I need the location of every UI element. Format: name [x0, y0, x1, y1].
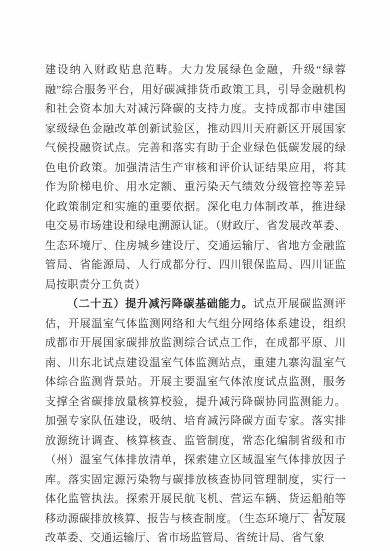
- paragraph-text: 建设纳入财政贴息范畴。大力发展绿色金融，升级“绿蓉融”综合服务平台，用好碳减排货…: [45, 64, 346, 291]
- document-page: 建设纳入财政贴息范畴。大力发展绿色金融，升级“绿蓉融”综合服务平台，用好碳减排货…: [0, 0, 390, 551]
- body-text: 建设纳入财政贴息范畴。大力发展绿色金融，升级“绿蓉融”综合服务平台，用好碳减排货…: [45, 61, 346, 549]
- section-heading: （二十五）提升减污降碳基础能力。: [67, 298, 253, 310]
- paragraph: 建设纳入财政贴息范畴。大力发展绿色金融，升级“绿蓉融”综合服务平台，用好碳减排货…: [45, 61, 346, 295]
- page-number: — 15 —: [298, 508, 344, 519]
